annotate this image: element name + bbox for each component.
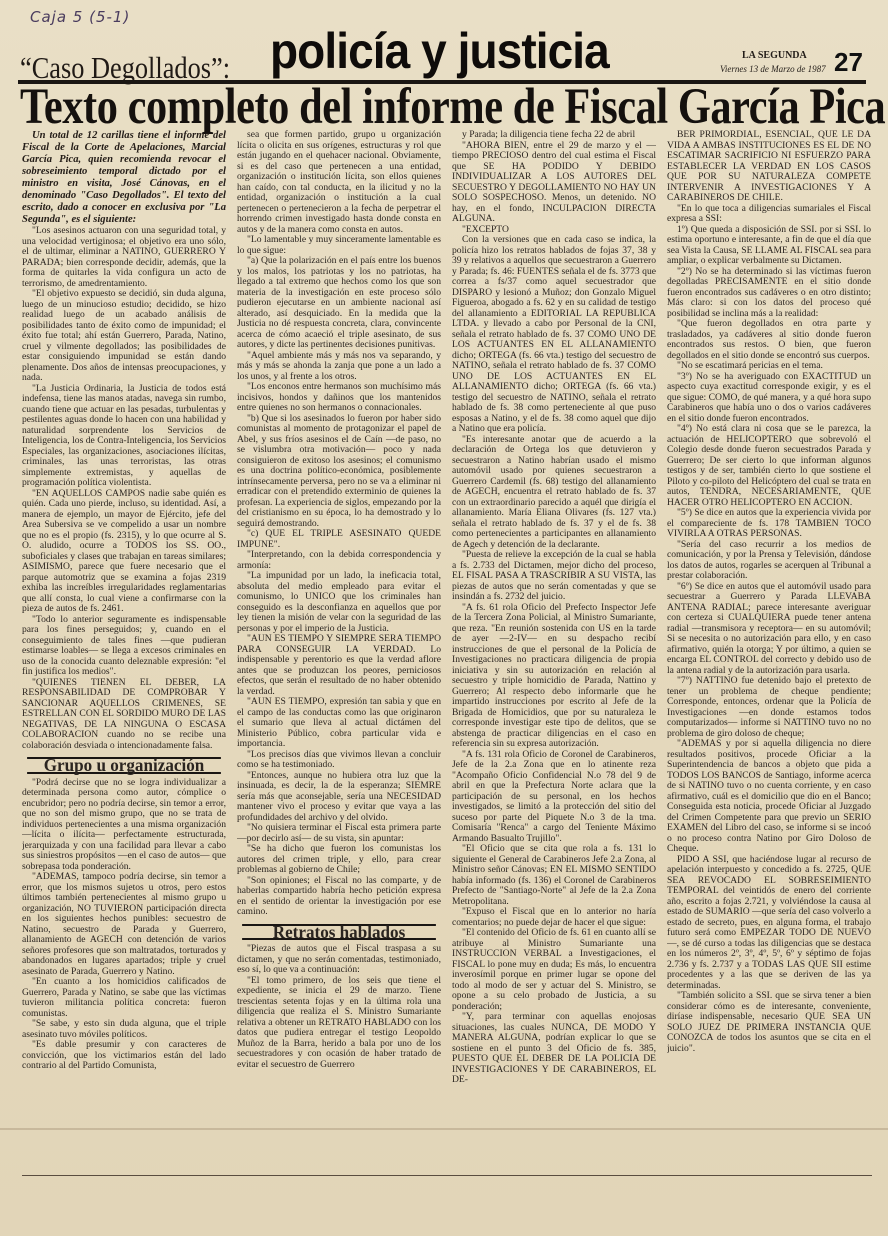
paragraph: "EN AQUELLOS CAMPOS nadie sabe quién es … <box>22 489 226 615</box>
column-1: Un total de 12 carillas tiene el informe… <box>22 130 226 1130</box>
newspaper-page: Caja 5 (5-1) “Caso Degollados”: policía … <box>0 0 888 1236</box>
paragraph: "No se escatimará pericias en el tema. <box>667 361 871 372</box>
headline: Texto completo del informe de Fiscal Gar… <box>20 78 734 136</box>
paragraph: "Interpretando, con la debida correspond… <box>237 550 441 571</box>
paragraph: "El Oficio que se cita que rola a fs. 13… <box>452 844 656 907</box>
paragraph: "Es dable presumir y con caracteres de c… <box>22 1040 226 1072</box>
paragraph: "Que fueron degollados en otra parte y t… <box>667 319 871 361</box>
paragraph: Con la versiones que en cada caso se ind… <box>452 235 656 435</box>
paragraph: "El objetivo expuesto se decidió, sin du… <box>22 289 226 384</box>
paragraph: "Puesta de relieve la excepción de la cu… <box>452 550 656 603</box>
paragraph: "a) Que la polarización en el país entre… <box>237 256 441 351</box>
paragraph: "b) Que si los asesinados lo fueron por … <box>237 414 441 530</box>
newspaper-name: LA SEGUNDA <box>742 50 807 61</box>
publication-date: Viernes 13 de Marzo de 1987 <box>720 64 826 74</box>
paragraph: "En cuanto a los homicidios calificados … <box>22 977 226 1019</box>
paragraph: "c) QUE EL TRIPLE ASESINATO QUEDE IMPUNE… <box>237 529 441 550</box>
paragraph: "Piezas de autos que el Fiscal traspasa … <box>237 944 441 976</box>
paragraph: "Podrá decirse que no se logra individua… <box>22 778 226 873</box>
paragraph: "A fs. 61 rola Oficio del Prefecto Inspe… <box>452 603 656 750</box>
subhead-grupo: Grupo u organización <box>27 757 221 774</box>
paragraph: "Es interesante anotar que de acuerdo a … <box>452 435 656 551</box>
lead-paragraph: Un total de 12 carillas tiene el informe… <box>22 130 226 226</box>
column-3: y Parada; la diligencia tiene fecha 22 d… <box>452 130 656 1130</box>
paragraph: "Entonces, aunque no hubiera otra luz qu… <box>237 771 441 824</box>
paragraph: "5º) Se dice en autos que la experiencia… <box>667 508 871 540</box>
subhead-retratos: Retratos hablados <box>242 924 436 941</box>
page-number: 27 <box>834 47 863 78</box>
paragraph: "4º) No está clara ni cosa que se le par… <box>667 424 871 508</box>
paragraph: "Los precisos días que vivimos llevan a … <box>237 750 441 771</box>
paragraph: "ADEMAS, tampoco podría decirse, sin tem… <box>22 872 226 977</box>
paragraph: "Y, para terminar con aquellas enojosas … <box>452 1012 656 1086</box>
paragraph: "2º) No se ha determinado si las víctima… <box>667 267 871 320</box>
paragraph: "Se sabe, y esto sin duda alguna, que el… <box>22 1019 226 1040</box>
paragraph: "Los asesinos actuaron con una seguridad… <box>22 226 226 289</box>
paragraph: "6º) Se dice en autos que el automóvil u… <box>667 582 871 677</box>
paragraph: "Expuso el Fiscal que en lo anterior no … <box>452 907 656 928</box>
column-4: BER PRIMORDIAL, ESENCIAL, QUE LE DA VIDA… <box>667 130 871 1130</box>
paragraph: "3º) No se ha averiguado con EXACTITUD u… <box>667 372 871 425</box>
paragraph: "Se ha dicho que fueron los comunistas l… <box>237 844 441 876</box>
paragraph: "La impunidad por un lado, la ineficacia… <box>237 571 441 634</box>
article-body: Un total de 12 carillas tiene el informe… <box>22 130 872 1130</box>
paragraph: "Todo lo anterior seguramente es indispe… <box>22 615 226 678</box>
paragraph: "7º) NATTINO fue detenido bajo el pretex… <box>667 676 871 739</box>
paragraph: sea que formen partido, grupo u organiza… <box>237 130 441 235</box>
paragraph: "Son opiniones; el Fiscal no las compart… <box>237 876 441 918</box>
paragraph: "A fs. 131 rola Oficio de Coronel de Car… <box>452 750 656 845</box>
paragraph: "En lo que toca a diligencias sumariales… <box>667 204 871 225</box>
section-title: policía y justicia <box>270 22 609 80</box>
paragraph: "AUN ES TIEMPO, expresión tan sabia y qu… <box>237 697 441 750</box>
paragraph: "Aquel ambiente más y más nos va separan… <box>237 351 441 383</box>
paragraph: "AUN ES TIEMPO Y SIEMPRE SERA TIEMPO PAR… <box>237 634 441 697</box>
paragraph: "Los enconos entre hermanos son muchísim… <box>237 382 441 414</box>
paragraph: "La Justicia Ordinaria, la Justicia de t… <box>22 384 226 489</box>
fold-line <box>0 1128 888 1130</box>
paragraph: "ADEMAS y por si aquella diligencia no d… <box>667 739 871 855</box>
bottom-rule <box>22 1175 872 1176</box>
paragraph: "El tomo primero, de los seis que tiene … <box>237 976 441 1071</box>
handwritten-note: Caja 5 (5-1) <box>30 8 130 26</box>
paragraph: BER PRIMORDIAL, ESENCIAL, QUE LE DA VIDA… <box>667 130 871 204</box>
paragraph: "Lo lamentable y muy sinceramente lament… <box>237 235 441 256</box>
paragraph: "El contenido del Oficio de fs. 61 en cu… <box>452 928 656 1012</box>
column-2: sea que formen partido, grupo u organiza… <box>237 130 441 1130</box>
paragraph: "No quisiera terminar el Fiscal esta pri… <box>237 823 441 844</box>
paragraph: "Sería del caso recurrir a los medios de… <box>667 540 871 582</box>
paragraph: PIDO A SSI, que haciéndose lugar al recu… <box>667 855 871 992</box>
paragraph: "También solicito a SSI. que se sirva te… <box>667 991 871 1054</box>
paragraph: "QUIENES TIENEN EL DEBER, LA RESPONSABIL… <box>22 678 226 752</box>
paragraph: 1º) Que queda a disposición de SSI. por … <box>667 225 871 267</box>
paragraph: y Parada; la diligencia tiene fecha 22 d… <box>452 130 656 141</box>
paragraph: "AHORA BIEN, entre el 29 de marzo y el —… <box>452 141 656 225</box>
